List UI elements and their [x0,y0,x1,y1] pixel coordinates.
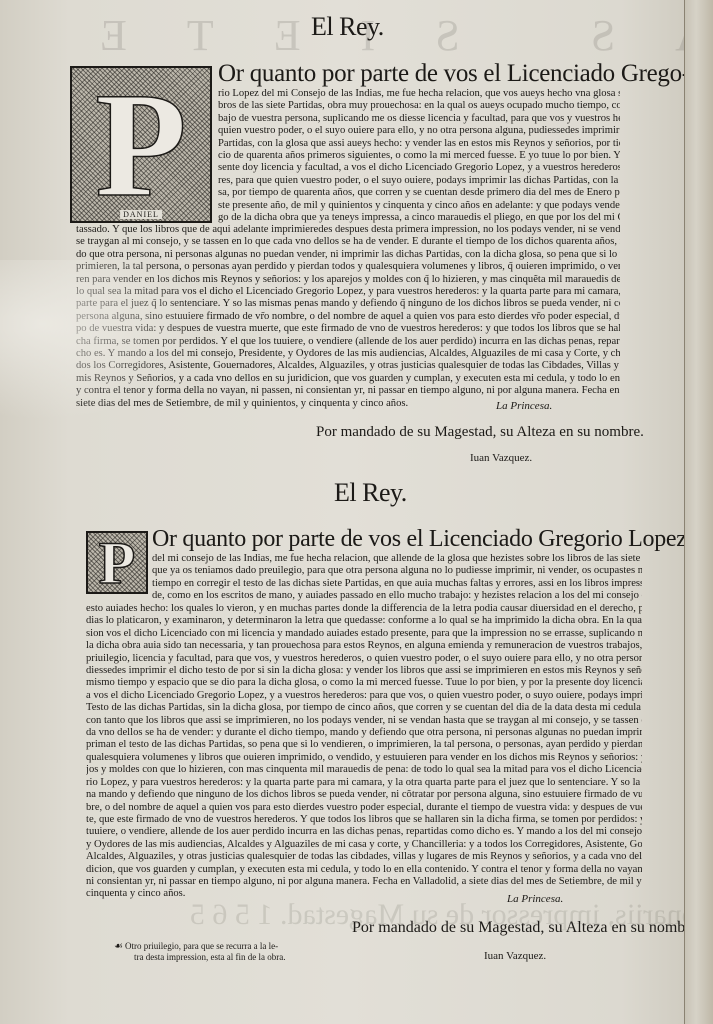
text-line: persona alguna, sino estuuiere firmado d… [76,311,620,323]
text-line: te, que este firmado de vno de vuestros … [86,814,642,826]
text-line: diessedes imprimir el dicho testo de por… [86,665,642,677]
privilege-2-signature-secretary: Iuan Vazquez. [484,950,546,962]
text-line: Partidas, con la glosa que assi aueys he… [218,138,620,150]
text-line: go de la dicha obra que ya teneys impres… [218,212,620,224]
text-line: tassado. Y que los libros que de aqui ad… [76,224,620,236]
text-line: cha firma, se tomen por perdidos. Y el q… [76,336,620,348]
text-line: priman el testo de las dichas Partidas, … [86,739,642,751]
text-line: que ya os teniamos dado preuilegio, para… [152,565,642,577]
text-line: res, para que quien vuestro poder, o el … [218,175,620,187]
page-edge [684,0,713,1024]
privilege-2-heading: El Rey. [334,478,407,508]
text-line: Testo de las dichas Partidas, sin la dic… [86,702,642,714]
text-line: priuilegio, licencia y facultad, para qu… [86,653,642,665]
text-line: de, como en los escritos de mano, y auia… [152,590,642,602]
text-line: y contra el tenor y forma della no vayan… [76,385,620,397]
text-line: primieren, la tal persona, o personas ay… [76,261,620,273]
privilege-1-opening: Or quanto por parte de vos el Licenciado… [218,60,690,88]
text-line: y Oydores de las mis audiencias, Alcalde… [86,839,642,851]
text-line: la dicha obra auia sido tan necessaria, … [86,640,642,652]
text-line: do que otra persona, ni personas algunas… [76,249,620,261]
privilege-1-woodcut-initial: P DANIEL [70,66,212,223]
text-line: bros de las siete Partidas, obra muy pro… [218,100,620,112]
text-line: parte para el juez q̃ lo sentenciare. Y … [76,298,620,310]
privilege-2-woodcut-initial: P [86,531,148,594]
text-line: cho es. Y mando a los del mi consejo, Pr… [76,348,620,360]
footnote-line-2: tra desta impression, esta al fin de la … [114,952,285,963]
text-line: se traygan al mi consejo, y se tassen en… [76,236,620,248]
text-line: dos los Corregidores, Asistente, Gouerna… [76,360,620,372]
footnote-other-privilege: ☙Otro priuilegio, para que se recurra a … [114,941,285,963]
text-line: bre, o del nombre de aquel a quien vos p… [86,802,642,814]
text-line: ste presente año, de mil y quinientos y … [218,200,620,212]
text-line: rio Lopez, y para vuestros herederos: y … [86,777,642,789]
fleuron-icon: ☙ [114,941,123,952]
text-line: tuuiere, o vendiere, allende de los auer… [86,826,642,838]
text-line: dias lo platicaron, y examinaron, y dete… [86,615,642,627]
text-line: sa, por tiempo de quarenta años, que cor… [218,187,620,199]
privilege-1-signature-princesa: La Princesa. [496,400,552,412]
document-page: LAS SIETE En casa de Andrea de Portonari… [0,0,690,1024]
privilege-1-signature-mandado: Por mandado de su Magestad, su Alteza en… [316,424,644,441]
footnote-line-1: Otro priuilegio, para que se recurra a l… [125,941,278,951]
text-line: sente doy licencia y facultad, a vos el … [218,162,620,174]
text-line: tiempo en corregir el testo de las dicha… [152,578,642,590]
text-line: lo qual sea la mitad para vos el dicho e… [76,286,620,298]
text-line: mis Reynos y Señorios, y a cada vno dell… [76,373,620,385]
text-line: da vno dellos se ha de vender: y durante… [86,727,642,739]
privilege-1-body-full: tassado. Y que los libros que de aqui ad… [76,224,620,410]
privilege-1-signature-secretary: Iuan Vazquez. [470,452,532,464]
text-line: mismo tiempo y espacio que se dio para l… [86,677,642,689]
text-line: quien vuestro poder, o el suyo ouiere pa… [218,125,620,137]
text-line: ni consientan yr, ni passar en tiempo al… [86,876,642,888]
privilege-1-body-indented: rio Lopez del mi Consejo de las Indias, … [218,88,620,224]
text-line: jos y moldes con que lo hizieren, con ma… [86,764,642,776]
initial-letter-p-icon: P [99,533,136,593]
text-line: a vos el dicho Licenciado Gregorio Lopez… [86,690,642,702]
text-line: del mi consejo de las Indias, me fue hec… [152,553,642,565]
text-line: esto auiades hecho: los quales lo vieron… [86,603,642,615]
privilege-2-body-indented: del mi consejo de las Indias, me fue hec… [152,553,642,603]
initial-letter-p-icon: P [95,70,187,220]
initial-caption: DANIEL [120,210,162,219]
text-line: po de vuestra vida: y despues de vuestra… [76,323,620,335]
text-line: qualesquiera volumenes y libros que ouie… [86,752,642,764]
privilege-1-heading: El Rey. [311,12,384,42]
text-line: dicion, que vos guarden y cumplan, y exe… [86,864,642,876]
privilege-2-body-full: esto auiades hecho: los quales lo vieron… [86,603,642,901]
text-line: ren para vender en los dichos mis Reynos… [76,274,620,286]
privilege-2-signature-mandado: Por mandado de su Magestad, su Alteza en… [352,919,702,937]
text-line: sion vos el dicho Licenciado con mi lice… [86,628,642,640]
privilege-2-opening: Or quanto por parte de vos el Licenciado… [152,525,687,553]
text-line: cio de quarenta años primeros siguientes… [218,150,620,162]
text-line: Alcaldes, Alguaziles, y otras justicias … [86,851,642,863]
text-line: na mando y defiendo que ninguno de los d… [86,789,642,801]
text-line: con tanto que los libros que assi se imp… [86,715,642,727]
text-line: rio Lopez del mi Consejo de las Indias, … [218,88,620,100]
privilege-2-signature-princesa: La Princesa. [507,893,563,905]
text-line: bajo de vuestra persona, suplicando me o… [218,113,620,125]
